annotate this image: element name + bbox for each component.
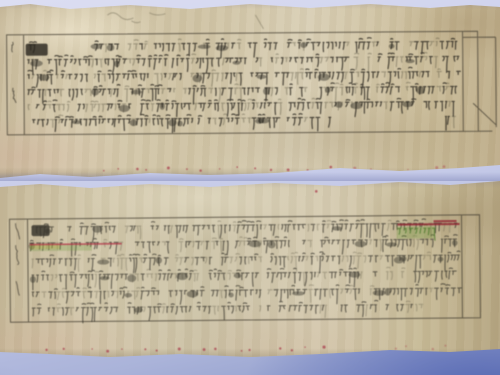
bottom-folio-content (9, 188, 481, 354)
manuscript-photo (0, 0, 500, 375)
top-folio-text (28, 37, 461, 134)
top-folio-opening-cluster (26, 44, 48, 56)
bottom-folio-text-faint (32, 219, 453, 321)
top-folio-margin-marks (12, 42, 16, 103)
bottom-folio-ink-blotches (28, 222, 458, 314)
bottom-folio-margin-marks (15, 223, 20, 295)
bottom-folio-artwork (0, 179, 500, 361)
bottom-folio-opening-cluster (32, 225, 50, 236)
top-folio (0, 2, 500, 178)
bottom-folio (0, 179, 500, 361)
top-folio-content (6, 10, 496, 174)
top-folio-red-speckles (103, 164, 445, 173)
top-folio-pencil-jotting (107, 12, 263, 30)
bottom-folio-highlight-left (30, 243, 122, 251)
bottom-folio-highlight-right (397, 221, 460, 241)
top-folio-artwork (0, 2, 500, 178)
